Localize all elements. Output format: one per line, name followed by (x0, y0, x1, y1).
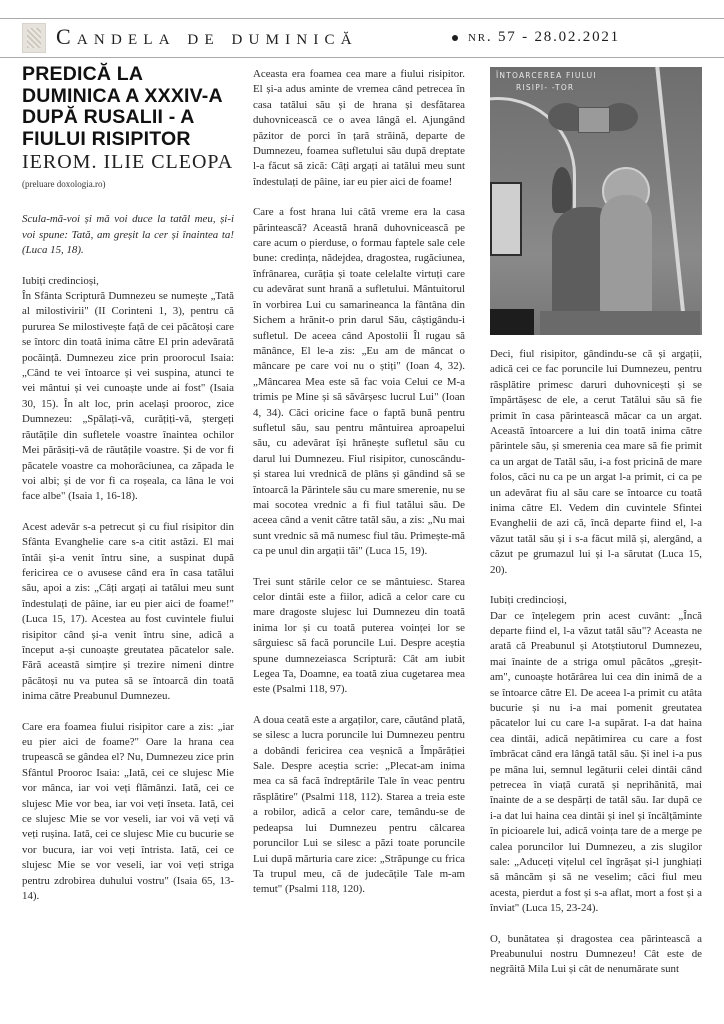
greeting: Iubiți credincioși, (22, 274, 234, 289)
fresco-window (490, 182, 522, 256)
paragraph: A doua ceată este a argaților, care, cău… (253, 713, 465, 898)
paragraph: Care era foamea fiului risipitor care a … (22, 720, 234, 905)
publication-logo-icon (22, 23, 46, 53)
bullet-icon (452, 35, 458, 41)
article-source: (preluare doxologia.ro) (22, 177, 234, 192)
column-2: Aceasta era foamea cea mare a fiului ris… (253, 67, 465, 913)
article-headline: PREDICĂ LA DUMINICA A XXXIV-A DUPĂ RUSAL… (22, 64, 234, 150)
fresco-caption-line1: ÎNTOARCEREA FIULUI (496, 71, 656, 80)
fresco-arch-right (654, 67, 689, 335)
prodigal-son-fresco-image: ÎNTOARCEREA FIULUI RISIPI- -TOR (490, 67, 702, 335)
paragraph: Aceasta era foamea cea mare a fiului ris… (253, 67, 465, 190)
fresco-son-figure (600, 195, 652, 315)
issue-info: nr. 57 - 28.02.2021 (452, 29, 620, 46)
article-author: IEROM. ILIE CLEOPA (22, 151, 234, 173)
masthead: Candela de duminică nr. 57 - 28.02.2021 (0, 18, 724, 58)
fresco-angel (548, 91, 638, 141)
paragraph: Trei sunt stările celor ce se mântuiesc.… (253, 575, 465, 698)
paragraph: Acest adevăr s-a petrecut și cu fiul ris… (22, 520, 234, 705)
column-1: PREDICĂ LA DUMINICA A XXXIV-A DUPĂ RUSAL… (22, 64, 234, 919)
paragraph: O, bunătatea și dragostea cea părinteasc… (490, 932, 702, 978)
article-motto: Scula-mă-voi și mă voi duce la tatăl meu… (22, 212, 234, 258)
column-3: ÎNTOARCEREA FIULUI RISIPI- -TOR Deci, fi… (490, 67, 702, 993)
publication-title: Candela de duminică (56, 24, 358, 50)
paragraph: Deci, fiul risipitor, gândindu-se că și … (490, 347, 702, 578)
paragraph: În Sfânta Scriptură Dumnezeu se numește … (22, 289, 234, 505)
fresco-shadow (490, 309, 534, 335)
fresco-tree (552, 167, 572, 213)
issue-number-date: nr. 57 - 28.02.2021 (468, 29, 620, 45)
paragraph: Care a fost hrana lui câtă vreme era la … (253, 205, 465, 559)
greeting: Iubiți credincioși, (490, 593, 702, 608)
fresco-altar (578, 107, 610, 133)
fresco-caption-line2: RISIPI- -TOR (516, 80, 574, 95)
paragraph: Dar ce înțelegem prin acest cuvânt: „Înc… (490, 609, 702, 917)
fresco-ground (540, 311, 700, 335)
